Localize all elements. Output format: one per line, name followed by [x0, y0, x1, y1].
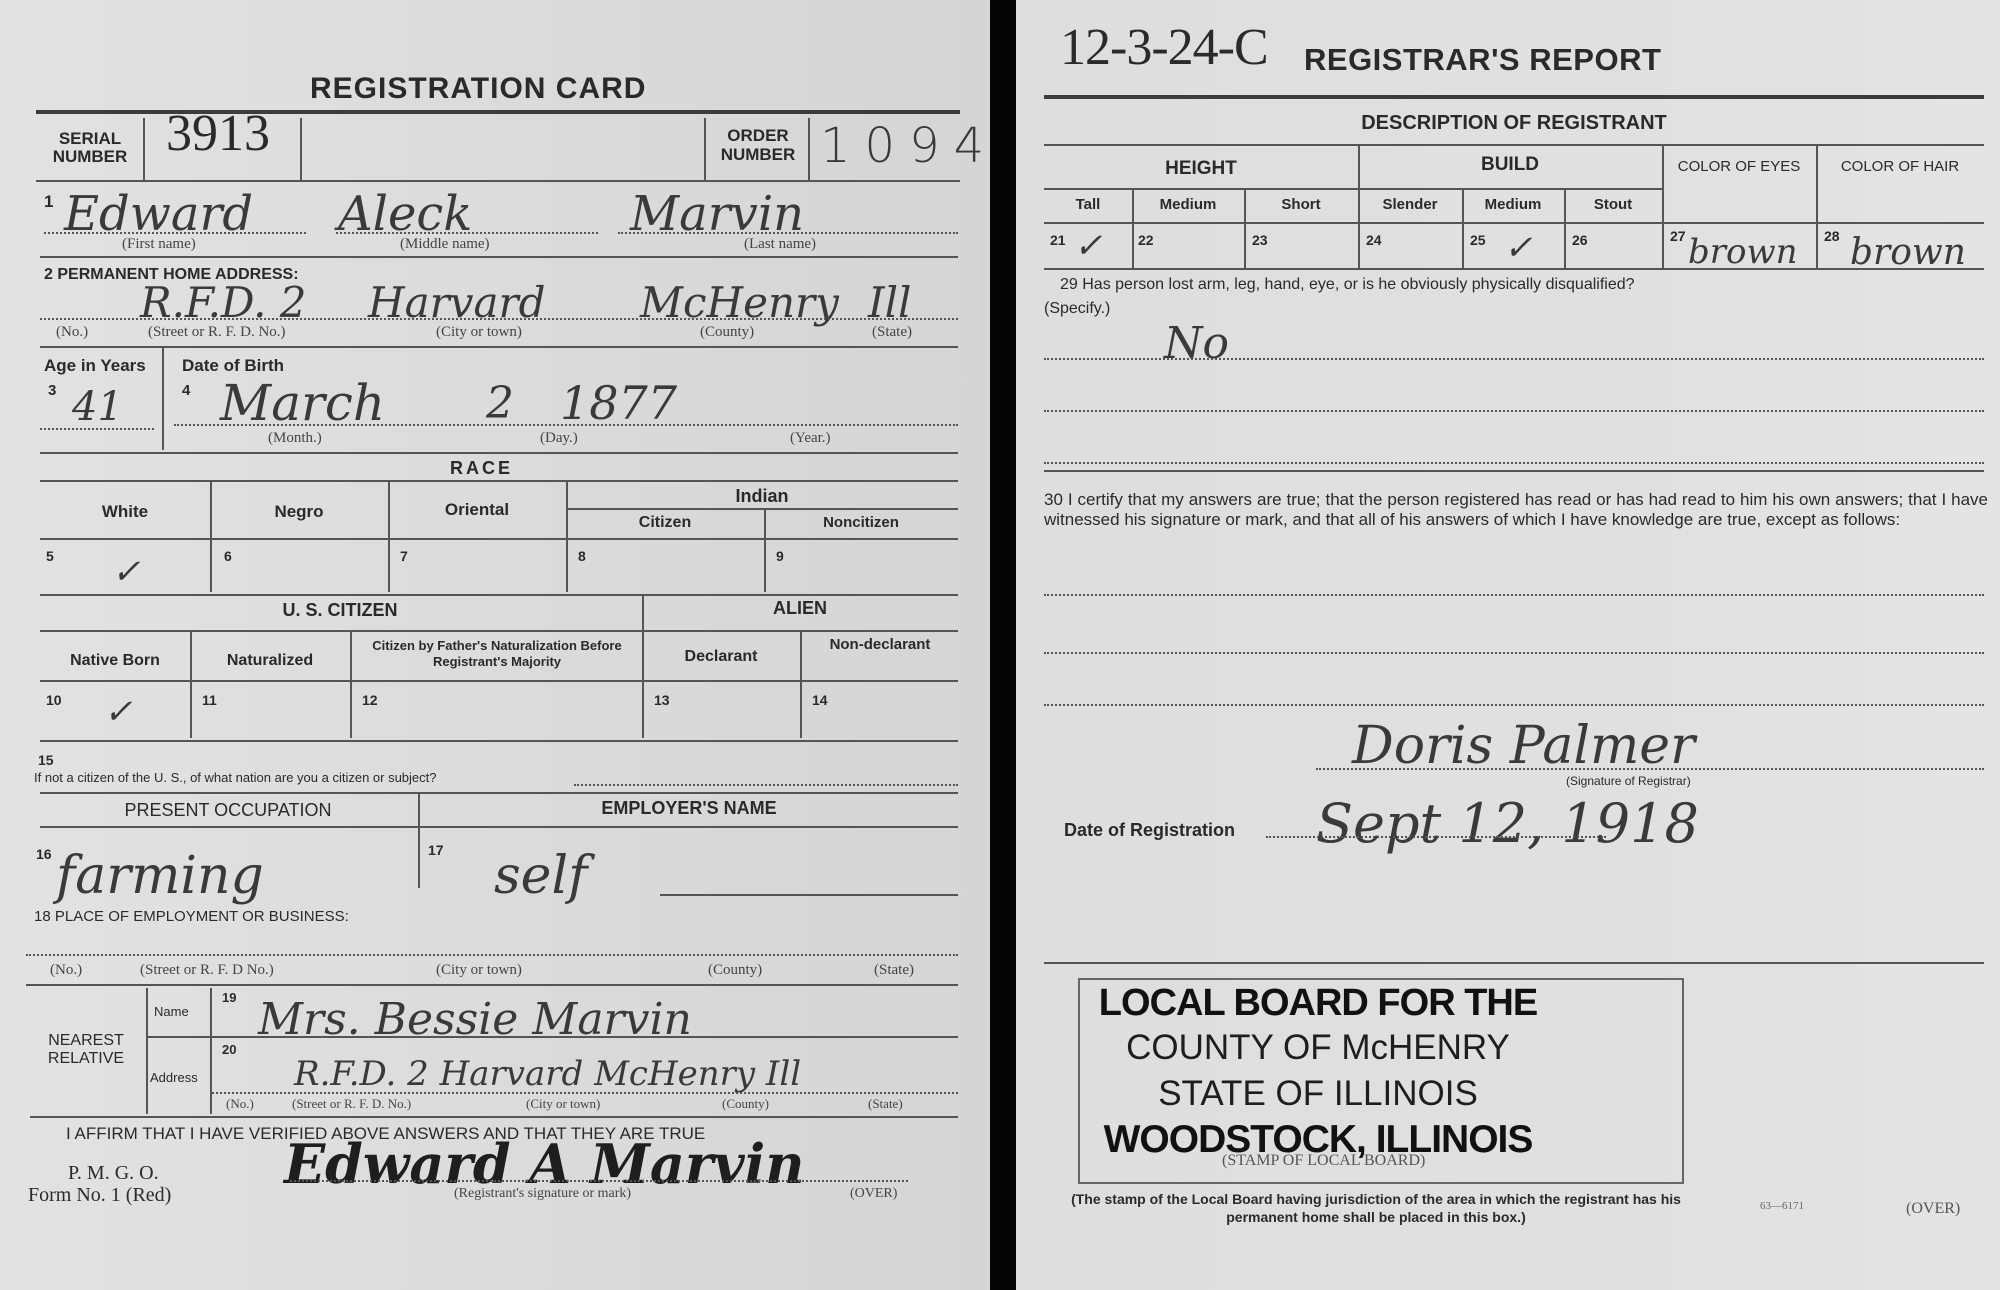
height-tall-checkmark: ✓ — [1074, 226, 1103, 266]
eye-color-heading: COLOR OF EYES — [1662, 158, 1816, 176]
build-medium-checkmark: ✓ — [1504, 228, 1533, 268]
age-label: Age in Years — [44, 356, 146, 376]
card-title: REGISTRATION CARD — [310, 72, 646, 106]
employer-value: self — [494, 846, 587, 906]
hair-color-heading: COLOR OF HAIR — [1816, 158, 1984, 176]
nearest-relative-label: NEAREST RELATIVE — [30, 1032, 142, 1068]
age-value: 41 — [72, 384, 123, 430]
order-number-value: 1094 — [820, 118, 998, 174]
alien-heading: ALIEN — [642, 598, 958, 619]
registration-card-front: REGISTRATION CARD SERIAL NUMBER 3913 ORD… — [0, 0, 990, 1290]
form-id-line1: P. M. G. O. — [68, 1162, 159, 1185]
us-citizen-heading: U. S. CITIZEN — [40, 600, 640, 621]
nation-question: If not a citizen of the U. S., of what n… — [34, 770, 437, 785]
employer-label: EMPLOYER'S NAME — [420, 798, 958, 819]
build-heading: BUILD — [1358, 154, 1662, 176]
registration-date-label: Date of Registration — [1064, 820, 1235, 841]
registration-date-value: Sept 12, 1918 — [1316, 792, 1699, 855]
order-number-label: ORDER NUMBER — [708, 126, 808, 164]
stamp-line-3: STATE OF ILLINOIS — [1078, 1074, 1558, 1114]
eye-color-value: brown — [1688, 232, 1798, 272]
card-divider — [990, 0, 1016, 1290]
hair-color-value: brown — [1850, 232, 1966, 273]
serial-number-value: 3913 — [166, 104, 270, 163]
native-born-checkmark: ✓ — [104, 692, 133, 732]
q30-certification: 30 I certify that my answers are true; t… — [1044, 490, 1988, 530]
stamp-line-1: LOCAL BOARD FOR THE — [1078, 982, 1558, 1025]
height-heading: HEIGHT — [1044, 158, 1358, 180]
place-of-employment-label: 18 PLACE OF EMPLOYMENT OR BUSINESS: — [34, 908, 349, 925]
print-code: 63—6171 — [1760, 1200, 1804, 1212]
dob-day-value: 2 — [486, 378, 514, 429]
q29-question: 29 Has person lost arm, leg, hand, eye, … — [1060, 276, 1635, 294]
registration-card-back: 12-3-24-C REGISTRAR'S REPORT DESCRIPTION… — [1016, 0, 2000, 1290]
description-heading: DESCRIPTION OF REGISTRANT — [1044, 112, 1984, 135]
indian-heading: Indian — [566, 486, 958, 507]
q29-answer: No — [1164, 318, 1229, 369]
occupation-label: PRESENT OCCUPATION — [40, 800, 416, 821]
registrar-signature: Doris Palmer — [1352, 716, 1695, 776]
card-code: 12-3-24-C — [1060, 18, 1268, 77]
form-id-line2: Form No. 1 (Red) — [28, 1184, 171, 1207]
dob-year-value: 1877 — [560, 376, 677, 430]
serial-number-label: SERIAL NUMBER — [40, 130, 140, 166]
nearest-relative-address-value: R.F.D. 2 Harvard McHenry Ill — [294, 1054, 801, 1094]
stamp-line-2: COUNTY OF McHENRY — [1078, 1028, 1558, 1068]
registrar-report-title: REGISTRAR'S REPORT — [1304, 42, 1661, 78]
race-white-checkmark: ✓ — [112, 552, 141, 592]
occupation-value: farming — [56, 846, 264, 906]
dob-label: Date of Birth — [182, 356, 284, 376]
stamp-instructions: (The stamp of the Local Board having jur… — [1056, 1190, 1696, 1226]
race-heading: RACE — [450, 458, 513, 479]
